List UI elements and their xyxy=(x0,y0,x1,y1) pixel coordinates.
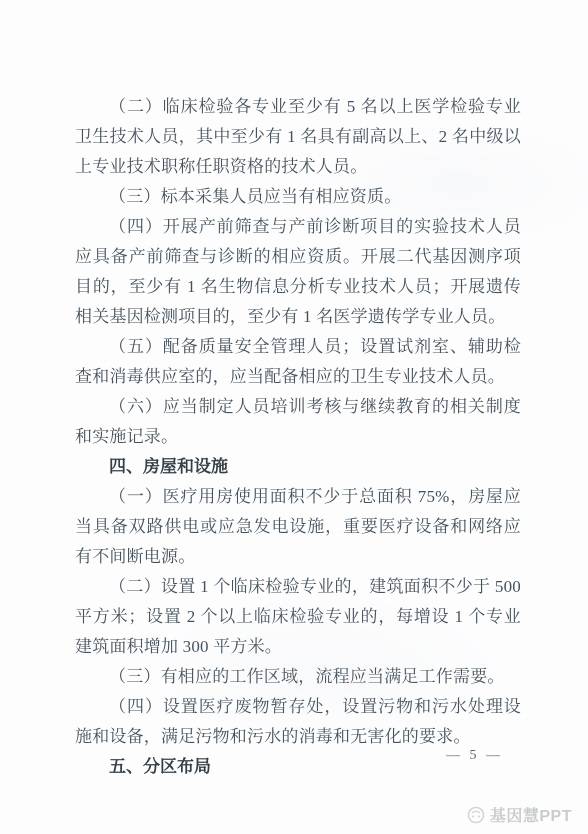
paragraph: （四）开展产前筛查与产前诊断项目的实验技术人员应具备产前筛查与诊断的相应资质。开… xyxy=(75,212,521,332)
genehui-logo-icon xyxy=(466,805,486,825)
paragraph: （三）标本采集人员应当有相应资质。 xyxy=(75,182,521,212)
page-number: — 5 — xyxy=(446,748,503,764)
watermark: 基因慧PPT xyxy=(466,803,572,826)
paragraph: （四）设置医疗废物暂存处，设置污物和污水处理设施和设备，满足污物和污水的消毒和无… xyxy=(75,692,521,752)
paragraph: （二）临床检验各专业至少有 5 名以上医学检验专业卫生技术人员，其中至少有 1 … xyxy=(75,92,521,182)
paragraph: （三）有相应的工作区域，流程应当满足工作需要。 xyxy=(75,662,521,692)
paragraph: （二）设置 1 个临床检验专业的，建筑面积不少于 500 平方米；设置 2 个以… xyxy=(75,572,521,662)
paragraph: （六）应当制定人员培训考核与继续教育的相关制度和实施记录。 xyxy=(75,392,521,452)
watermark-text: 基因慧PPT xyxy=(490,803,572,826)
paragraph: （一）医疗用房使用面积不少于总面积 75%，房屋应当具备双路供电或应急发电设施，… xyxy=(75,482,521,572)
paragraph: （五）配备质量安全管理人员；设置试剂室、辅助检查和消毒供应室的，应当配备相应的卫… xyxy=(75,332,521,392)
section-heading: 四、房屋和设施 xyxy=(75,452,521,482)
document-body: （二）临床检验各专业至少有 5 名以上医学检验专业卫生技术人员，其中至少有 1 … xyxy=(75,92,521,782)
document-page: （二）临床检验各专业至少有 5 名以上医学检验专业卫生技术人员，其中至少有 1 … xyxy=(0,0,588,834)
